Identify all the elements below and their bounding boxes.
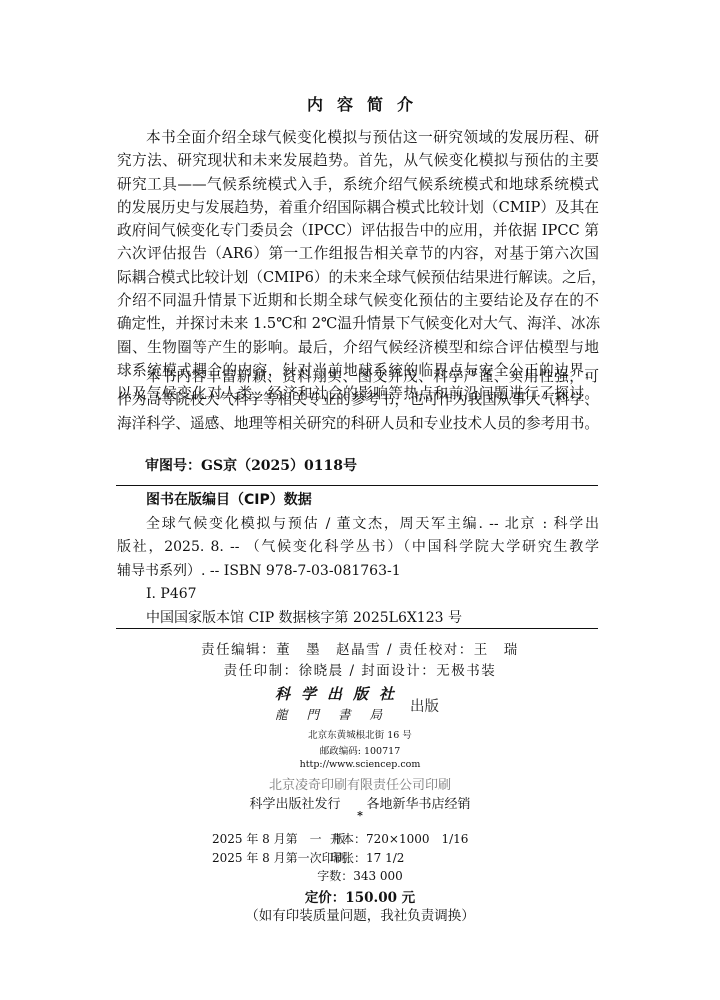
format: 开本：720×1000 1/16 <box>330 830 468 847</box>
summary-line: 圈、生物圈等产生的影响。最后，介绍气候经济模型和综合评估模型与地 <box>117 336 599 359</box>
cip-entry-line: 辅导书系列）. -- ISBN 978-7-03-081763-1 <box>117 560 599 584</box>
editor-credits: 责任编辑：董 墨 赵晶雪 / 责任校对：王 瑞 <box>0 638 720 658</box>
publisher-logo-suffix: 出版 <box>410 695 439 716</box>
cip-number: 中国国家版本馆 CIP 数据核字第 2025L6X123 号 <box>117 607 599 631</box>
separator-star: * <box>0 809 720 822</box>
cip-data-block: 图书在版编目（CIP）数据 全球气候变化模拟与预估 / 董文杰，周天军主编. -… <box>117 489 599 630</box>
publisher-logo-science-press: 科学出版社 <box>275 683 405 705</box>
summary-line: 的发展历史与发展趋势，着重介绍国际耦合模式比较计划（CMIP）及其在 <box>117 196 599 219</box>
edition: 2025 年 8 月第 一 版 <box>212 830 330 847</box>
summary-line: 介绍不同温升情景下近期和长期全球气候变化预估的主要结论及存在的不 <box>117 289 599 312</box>
summary-line: 六次评估报告（AR6）第一工作组报告相关章节的内容，对基于第六次国 <box>117 242 599 265</box>
publisher-address: 北京东黄城根北街 16 号 <box>0 727 720 741</box>
summary-line: 际耦合模式比较计划（CMIP6）的未来全球气候预估结果进行解读。之后， <box>117 266 599 289</box>
printing-date: 2025 年 8 月第一次印刷 <box>212 849 330 866</box>
summary-line: 海洋科学、遥感、地理等相关研究的科研人员和专业技术人员的参考用书。 <box>117 412 599 435</box>
summary-line: 本书全面介绍全球气候变化模拟与预估这一研究领域的发展历程、研 <box>117 126 599 149</box>
page-title: 内容简介 <box>0 92 720 115</box>
summary-paragraph-2: 本书内容丰富新颖、资料翔实、图文并茂、科学严谨、实用性强，可 作为高等院校大气科… <box>117 365 599 435</box>
summary-line: 政府间气候变化专门委员会（IPCC）评估报告中的应用，并依据 IPCC 第 <box>117 219 599 242</box>
production-credits: 责任印制：徐晓晨 / 封面设计：无极书装 <box>0 659 720 679</box>
cip-entry-line: 版社，2025. 8. -- （气候变化科学丛书）（中国科学院大学研究生教学 <box>117 536 599 560</box>
publisher-logo: 科学出版社 龍門書局 <box>275 683 405 725</box>
publisher-website: http://www.sciencep.com <box>0 759 720 770</box>
summary-line: 作为高等院校大气科学等相关专业的参考书，也可作为我国从事大气科学、 <box>117 388 599 411</box>
word-count: 字数：343 000 <box>0 867 720 884</box>
printer-name: 北京凌奇印刷有限责任公司印刷 <box>0 774 720 793</box>
summary-line: 究方法、研究现状和未来发展趋势。首先，从气候变化模拟与预估的主要 <box>117 149 599 172</box>
cip-bottom-rule <box>116 628 598 629</box>
summary-line: 确定性，并探讨未来 1.5℃和 2℃温升情景下气候变化对大气、海洋、冰冻 <box>117 312 599 335</box>
quality-notice: （如有印装质量问题，我社负责调换） <box>0 904 720 924</box>
cip-heading: 图书在版编目（CIP）数据 <box>117 489 599 513</box>
summary-line: 研究工具——气候系统模式入手，系统介绍气候系统模式和地球系统模式 <box>117 173 599 196</box>
publisher-postcode: 邮政编码: 100717 <box>0 743 720 757</box>
summary-line: 本书内容丰富新颖、资料翔实、图文并茂、科学严谨、实用性强，可 <box>117 365 599 388</box>
edition-line: 2025 年 8 月第 一 版开本：720×1000 1/16 <box>212 830 468 847</box>
printing-line: 2025 年 8 月第一次印刷印张：17 1/2 <box>212 849 404 866</box>
cip-entry-line: 全球气候变化模拟与预估 / 董文杰，周天军主编. -- 北京 : 科学出 <box>117 513 599 537</box>
price: 定价：150.00 元 <box>0 886 720 906</box>
cip-classification: Ⅰ. P467 <box>117 583 599 607</box>
publisher-logo-longmen: 龍門書局 <box>275 705 405 725</box>
map-review-number: 审图号：GS京（2025）0118号 <box>145 455 357 475</box>
cip-top-rule <box>116 485 598 486</box>
sheets: 印张：17 1/2 <box>330 849 404 866</box>
summary-paragraph-1: 本书全面介绍全球气候变化模拟与预估这一研究领域的发展历程、研 究方法、研究现状和… <box>117 126 599 406</box>
